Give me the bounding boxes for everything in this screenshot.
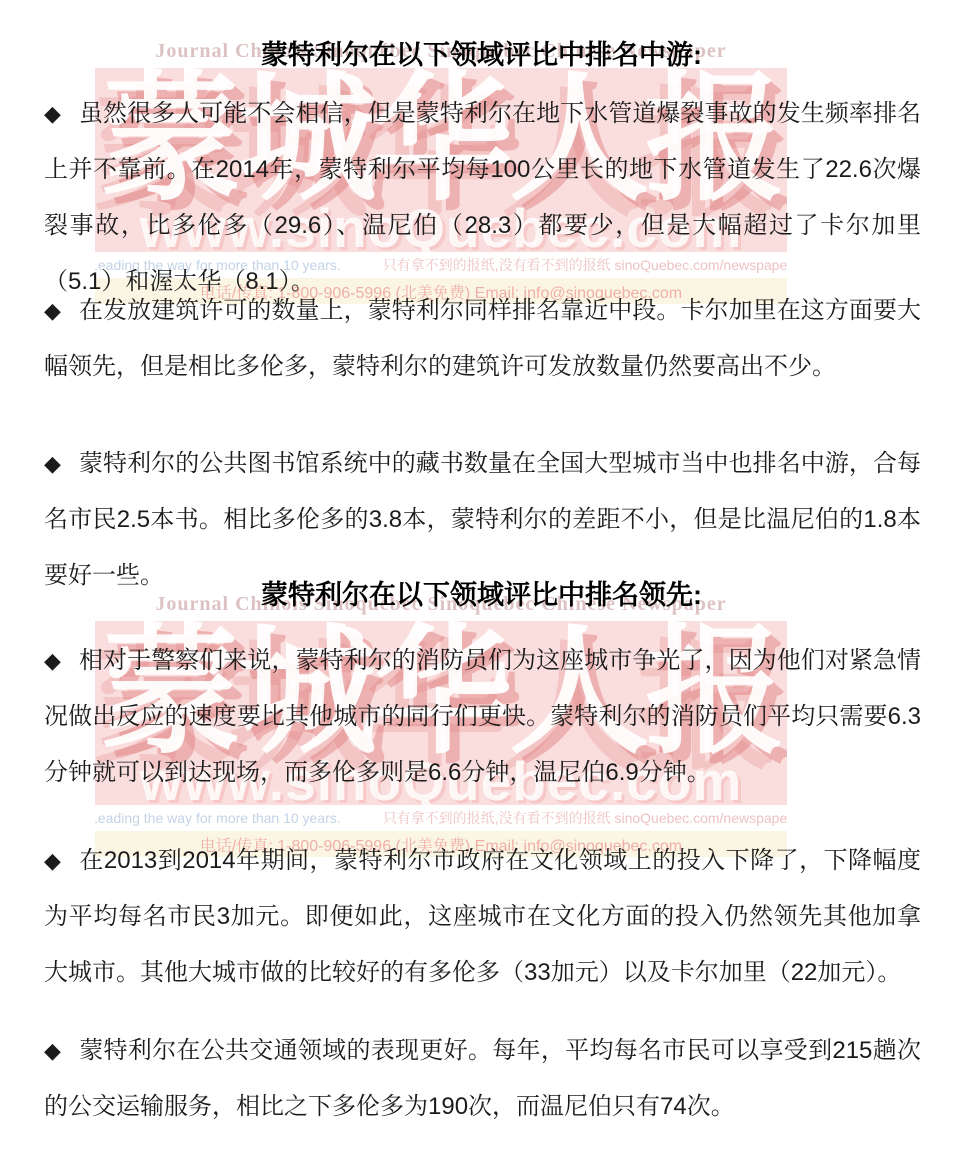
section-heading-leading-rank: 蒙特利尔在以下领域评比中排名领先: (0, 578, 963, 612)
bullet-text: 在发放建筑许可的数量上，蒙特利尔同样排名靠近中段。卡尔加里在这方面要大幅领先，但… (44, 297, 921, 380)
slogan-chinese: 只有拿不到的报纸,没有看不到的报纸 sinoQuebec.com/newspap… (383, 808, 787, 828)
article-page: Journal Chinois Sinoquébec Sinoquebec Ch… (0, 0, 963, 1162)
bullet-text: 蒙特利尔的公共图书馆系统中的藏书数量在全国大型城市当中也排名中游，合每名市民2.… (44, 450, 921, 589)
bullet-building-permits: ◆在发放建筑许可的数量上，蒙特利尔同样排名靠近中段。卡尔加里在这方面要大幅领先，… (44, 283, 921, 395)
slogan-line: Leading the way for more than 10 years. … (95, 805, 787, 831)
bullet-diamond-icon: ◆ (44, 283, 61, 339)
bullet-text: 在2013到2014年期间，蒙特利尔市政府在文化领域上的投入下降了，下降幅度为平… (44, 847, 921, 986)
slogan-english: Leading the way for more than 10 years. (95, 810, 341, 826)
bullet-text: 相对于警察们来说，蒙特利尔的消防员们为这座城市争光了，因为他们对紧急情况做出反应… (44, 647, 921, 786)
bullet-diamond-icon: ◆ (44, 833, 61, 889)
bullet-culture-spending: ◆在2013到2014年期间，蒙特利尔市政府在文化领域上的投入下降了，下降幅度为… (44, 833, 921, 1001)
bullet-text: 虽然很多人可能不会相信，但是蒙特利尔在地下水管道爆裂事故的发生频率排名上并不靠前… (44, 100, 921, 295)
bullet-firefighters-response: ◆相对于警察们来说，蒙特利尔的消防员们为这座城市争光了，因为他们对紧急情况做出反… (44, 633, 921, 801)
bullet-water-main-breaks: ◆虽然很多人可能不会相信，但是蒙特利尔在地下水管道爆裂事故的发生频率排名上并不靠… (44, 86, 921, 310)
bullet-diamond-icon: ◆ (44, 436, 61, 492)
bullet-diamond-icon: ◆ (44, 86, 61, 142)
bullet-diamond-icon: ◆ (44, 1023, 61, 1079)
bullet-diamond-icon: ◆ (44, 633, 61, 689)
bullet-public-transit: ◆蒙特利尔在公共交通领域的表现更好。每年，平均每名市民可以享受到215趟次的公交… (44, 1023, 921, 1135)
section-heading-mid-rank: 蒙特利尔在以下领域评比中排名中游: (0, 38, 963, 72)
bullet-text: 蒙特利尔在公共交通领域的表现更好。每年，平均每名市民可以享受到215趟次的公交运… (44, 1037, 921, 1120)
